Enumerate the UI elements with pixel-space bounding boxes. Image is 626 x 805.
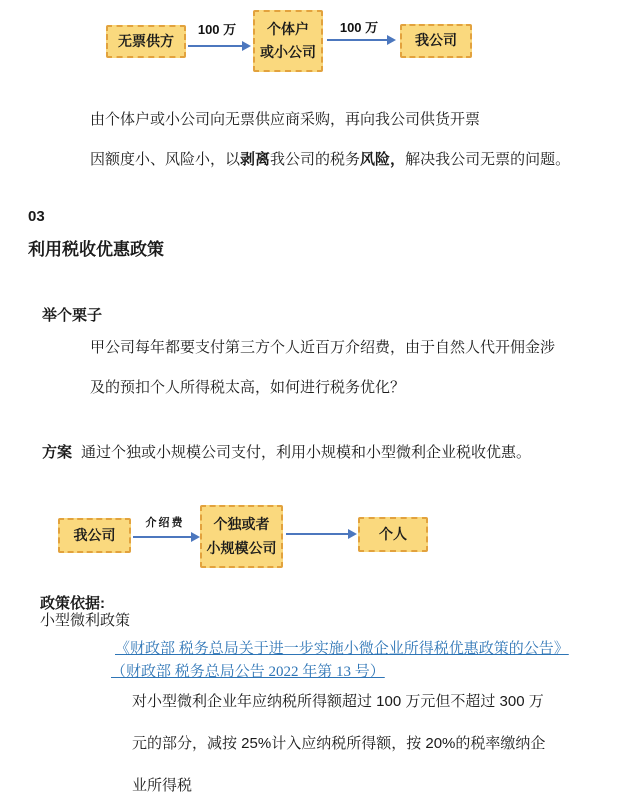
policy-link-line-2[interactable]: （财政部 税务总局公告 2022 年第 13 号） (111, 663, 385, 682)
flow2-box2-line2: 小规模公司 (207, 537, 277, 560)
intro-line2-part2: 我公司的税务 (270, 151, 360, 168)
flow2-arrow2 (286, 533, 348, 535)
policy-subheading: 小型微利政策 (40, 612, 130, 631)
plan-text: 通过个独或小规模公司支付，利用小规模和小型微利企业税收优惠。 (81, 444, 531, 461)
policy-detail-line-3: 业所得税 (132, 777, 192, 796)
flow1-box-no-invoice-supplier: 无票供方 (106, 25, 186, 58)
flow2-box-our-company: 我公司 (58, 518, 131, 553)
flow2-box3-label: 个人 (379, 523, 407, 546)
arrow-head-icon (242, 41, 251, 51)
section-number: 03 (28, 208, 45, 227)
plan-line: 方案通过个独或小规模公司支付，利用小规模和小型微利企业税收优惠。 (42, 444, 531, 463)
policy-heading: 政策依据: (40, 595, 105, 614)
policy-detail-line-2: 元的部分，减按 25%计入应纳税所得额，按 20%的税率缴纳企 (132, 735, 545, 754)
flow1-arrow1 (188, 45, 242, 47)
flow2-box2-line1: 个独或者 (214, 513, 270, 536)
plan-label: 方案 (42, 444, 72, 461)
document-page: 无票供方 100 万 个体户 或小公司 100 万 我公司 由个体户或小公司向无… (0, 0, 626, 805)
arrow-head-icon (348, 529, 357, 539)
flow1-box-individual-or-small-company: 个体户 或小公司 (253, 10, 323, 72)
flow1-arrow2-label: 100 万 (328, 17, 390, 36)
flow1-box1-label: 无票供方 (118, 30, 174, 53)
intro-line2-part1: 因额度小、风险小，以 (90, 151, 240, 168)
flow2-box1-label: 我公司 (74, 524, 116, 547)
flow2-arrow1 (133, 536, 191, 538)
policy-link-line-1[interactable]: 《财政部 税务总局关于进一步实施小微企业所得税优惠政策的公告》 (115, 640, 569, 659)
example-label: 举个栗子 (42, 307, 102, 326)
flow1-box-our-company: 我公司 (400, 24, 472, 58)
arrow-head-icon (191, 532, 200, 542)
intro-line-1: 由个体户或小公司向无票供应商采购，再向我公司供货开票 (90, 111, 480, 130)
policy-detail-line-1: 对小型微利企业年应纳税所得额超过 100 万元但不超过 300 万 (132, 693, 544, 712)
intro-line2-part3: 解决我公司无票的问题。 (405, 151, 570, 168)
flow2-arrow1-label: 介绍费 (138, 514, 192, 530)
intro-line2-bold2: 风险， (360, 151, 405, 168)
flow1-arrow2 (327, 39, 387, 41)
flow2-box-individual: 个人 (358, 517, 428, 552)
section-title: 利用税收优惠政策 (28, 239, 164, 260)
example-line-1: 甲公司每年都要支付第三方个人近百万介绍费，由于自然人代开佣金涉 (90, 339, 555, 358)
flow1-box2-line2: 或小公司 (260, 41, 316, 64)
example-line-2: 及的预扣个人所得税太高，如何进行税务优化？ (90, 379, 405, 398)
intro-line2-bold1: 剥离 (240, 151, 270, 168)
flow2-box-sole-proprietor-or-small-scale: 个独或者 小规模公司 (200, 505, 283, 568)
flow1-box3-label: 我公司 (415, 29, 457, 52)
flow1-box2-line1: 个体户 (267, 18, 309, 41)
arrow-head-icon (387, 35, 396, 45)
flow1-arrow1-label: 100 万 (186, 19, 248, 38)
intro-line-2: 因额度小、风险小，以剥离我公司的税务风险，解决我公司无票的问题。 (90, 151, 570, 170)
